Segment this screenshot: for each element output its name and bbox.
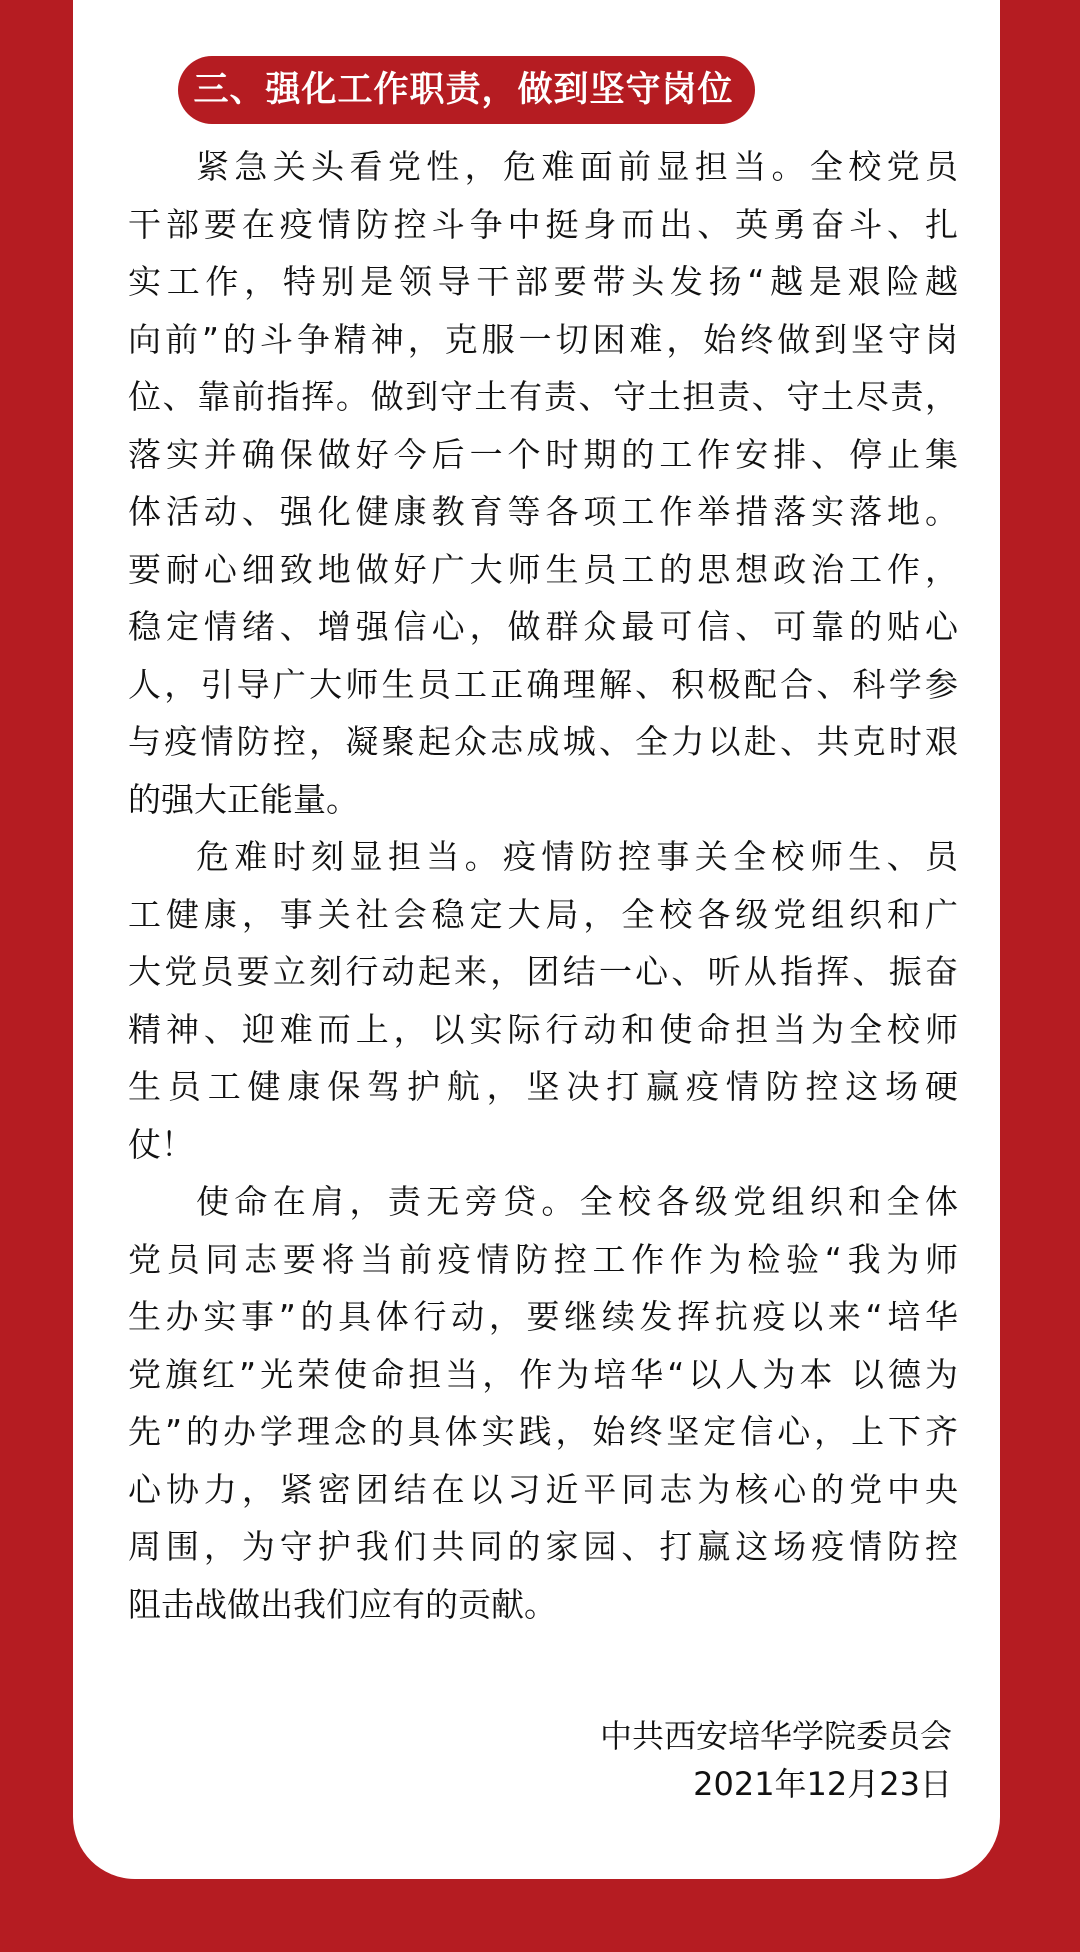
text-line: 的强大正能量。 bbox=[128, 771, 958, 829]
text-line: 生办实事”的具体行动，要继续发挥抗疫以来“培华 bbox=[128, 1288, 958, 1346]
text-line: 心协力，紧密团结在以习近平同志为核心的党中央 bbox=[128, 1461, 958, 1519]
paragraph-2: 危难时刻显担当。疫情防控事关全校师生、员 工健康，事关社会稳定大局，全校各级党组… bbox=[128, 828, 958, 1173]
text-line: 党员同志要将当前疫情防控工作作为检验“我为师 bbox=[128, 1231, 958, 1289]
text-line: 周围，为守护我们共同的家园、打赢这场疫情防控 bbox=[128, 1518, 958, 1576]
section-heading: 三、强化工作职责，做到坚守岗位 bbox=[178, 56, 755, 124]
paragraph-1: 紧急关头看党性，危难面前显担当。全校党员 干部要在疫情防控斗争中挺身而出、英勇奋… bbox=[128, 138, 958, 828]
text-line: 向前”的斗争精神，克服一切困难，始终做到坚守岗 bbox=[128, 311, 958, 369]
text-line: 紧急关头看党性，危难面前显担当。全校党员 bbox=[128, 138, 958, 196]
paragraph-3: 使命在肩，责无旁贷。全校各级党组织和全体 党员同志要将当前疫情防控工作作为检验“… bbox=[128, 1173, 958, 1633]
text-line: 工健康，事关社会稳定大局，全校各级党组织和广 bbox=[128, 886, 958, 944]
text-line: 稳定情绪、增强信心，做群众最可信、可靠的贴心 bbox=[128, 598, 958, 656]
article-body: 紧急关头看党性，危难面前显担当。全校党员 干部要在疫情防控斗争中挺身而出、英勇奋… bbox=[128, 138, 958, 1633]
signature-organization: 中共西安培华学院委员会 bbox=[600, 1712, 952, 1760]
text-line: 仗！ bbox=[128, 1116, 958, 1174]
text-line: 使命在肩，责无旁贷。全校各级党组织和全体 bbox=[128, 1173, 958, 1231]
text-line: 人，引导广大师生员工正确理解、积极配合、科学参 bbox=[128, 656, 958, 714]
text-line: 落实并确保做好今后一个时期的工作安排、停止集 bbox=[128, 426, 958, 484]
text-line: 精神、迎难而上，以实际行动和使命担当为全校师 bbox=[128, 1001, 958, 1059]
text-line: 阻击战做出我们应有的贡献。 bbox=[128, 1576, 958, 1634]
text-line: 危难时刻显担当。疫情防控事关全校师生、员 bbox=[128, 828, 958, 886]
signature-block: 中共西安培华学院委员会 2021年12月23日 bbox=[600, 1712, 952, 1808]
text-line: 实工作，特别是领导干部要带头发扬“越是艰险越 bbox=[128, 253, 958, 311]
text-line: 大党员要立刻行动起来，团结一心、听从指挥、振奋 bbox=[128, 943, 958, 1001]
text-line: 党旗红”光荣使命担当，作为培华“以人为本 以德为 bbox=[128, 1346, 958, 1404]
text-line: 位、靠前指挥。做到守土有责、守土担责、守土尽责， bbox=[128, 368, 958, 426]
text-line: 先”的办学理念的具体实践，始终坚定信心，上下齐 bbox=[128, 1403, 958, 1461]
text-line: 与疫情防控，凝聚起众志成城、全力以赴、共克时艰 bbox=[128, 713, 958, 771]
text-line: 生员工健康保驾护航，坚决打赢疫情防控这场硬 bbox=[128, 1058, 958, 1116]
signature-date: 2021年12月23日 bbox=[600, 1760, 952, 1808]
text-line: 体活动、强化健康教育等各项工作举措落实落地。 bbox=[128, 483, 958, 541]
text-line: 要耐心细致地做好广大师生员工的思想政治工作， bbox=[128, 541, 958, 599]
text-line: 干部要在疫情防控斗争中挺身而出、英勇奋斗、扎 bbox=[128, 196, 958, 254]
